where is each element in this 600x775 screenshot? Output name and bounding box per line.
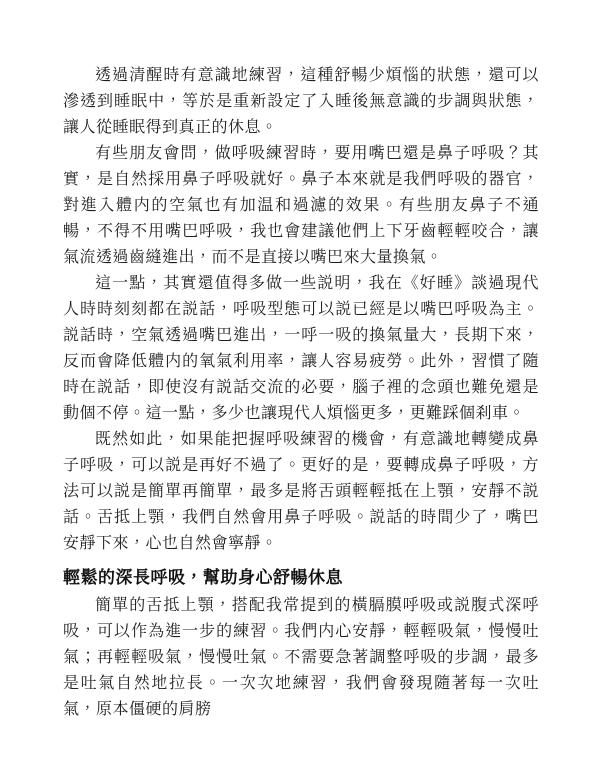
page-text-block: 透過清醒時有意識地練習，這種舒暢少煩惱的狀態，還可以滲透到睡眠中，等於是重新設定… — [63, 63, 539, 723]
paragraph-2: 有些朋友會問，做呼吸練習時，要用嘴巴還是鼻子呼吸？其實，是自然採用鼻子呼吸就好。… — [63, 141, 539, 271]
paragraph-1: 透過清醒時有意識地練習，這種舒暢少煩惱的狀態，還可以滲透到睡眠中，等於是重新設定… — [63, 63, 539, 141]
paragraph-5: 簡單的舌抵上顎，搭配我常提到的橫膈膜呼吸或説腹式深呼吸，可以作為進一步的練習。我… — [63, 593, 539, 723]
book-page-background: { "page": { "background_color": "#ffffff… — [0, 0, 600, 775]
paragraph-4: 既然如此，如果能把握呼吸練習的機會，有意識地轉變成鼻子呼吸，可以説是再好不過了。… — [63, 427, 539, 557]
paragraph-3: 這一點，其實還值得多做一些説明，我在《好睡》談過現代人時時刻刻都在説話，呼吸型態… — [63, 271, 539, 427]
section-heading: 輕鬆的深長呼吸，幫助身心舒暢休息 — [63, 565, 539, 591]
